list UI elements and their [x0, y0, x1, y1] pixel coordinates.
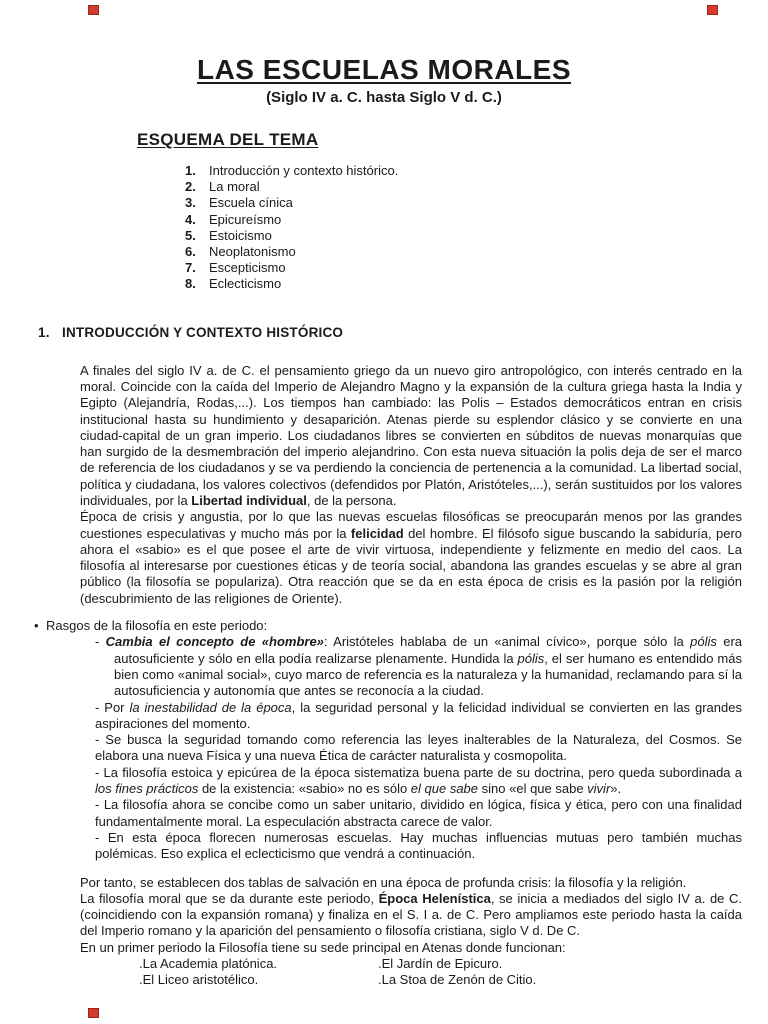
red-corner-mark — [707, 5, 718, 15]
schools-table: .La Academia platónica. .El Jardín de Ep… — [139, 956, 742, 989]
school-entry: .El Liceo aristotélico. — [139, 972, 378, 988]
portanto-paragraph: Por tanto, se establecen dos tablas de s… — [80, 875, 742, 891]
esquema-item: 5. Estoicismo — [185, 228, 768, 244]
esquema-item: 6. Neoplatonismo — [185, 244, 768, 260]
esquema-list: 1. Introducción y contexto histórico. 2.… — [185, 163, 768, 293]
esquema-item-label: Eclecticismo — [209, 276, 281, 292]
rasgos-item: - La filosofía ahora se concibe como un … — [95, 797, 742, 830]
intro-paragraph-1: A finales del siglo IV a. de C. el pensa… — [80, 363, 742, 510]
esquema-item: 8. Eclecticismo — [185, 276, 768, 292]
bullet-icon: • — [34, 618, 46, 634]
atenas-paragraph: En un primer periodo la Filosofía tiene … — [80, 940, 742, 956]
esquema-heading: ESQUEMA DEL TEMA — [137, 130, 768, 150]
school-entry: .La Stoa de Zenón de Citio. — [378, 972, 536, 988]
esquema-item-number: 3. — [185, 195, 209, 211]
esquema-item: 7. Escepticismo — [185, 260, 768, 276]
rasgos-item: - Por la inestabilidad de la época, la s… — [95, 700, 742, 733]
esquema-item-number: 5. — [185, 228, 209, 244]
section-number: 1. — [38, 325, 62, 340]
esquema-item-label: Neoplatonismo — [209, 244, 296, 260]
rasgos-item: - La filosofía estoica y epicúrea de la … — [95, 765, 742, 798]
section-heading: 1. INTRODUCCIÓN Y CONTEXTO HISTÓRICO — [38, 325, 742, 340]
rasgos-item: - Cambia el concepto de «hombre»: Aristó… — [95, 634, 742, 699]
esquema-item-number: 1. — [185, 163, 209, 179]
esquema-item-number: 4. — [185, 212, 209, 228]
esquema-item-label: Epicureísmo — [209, 212, 281, 228]
esquema-item: 1. Introducción y contexto histórico. — [185, 163, 768, 179]
doc-title: LAS ESCUELAS MORALES — [0, 54, 768, 86]
closing-block: Por tanto, se establecen dos tablas de s… — [0, 875, 768, 956]
esquema-item-number: 7. — [185, 260, 209, 276]
intro-paragraph-2: Época de crisis y angustia, por lo que l… — [80, 509, 742, 607]
section-heading-label: INTRODUCCIÓN Y CONTEXTO HISTÓRICO — [62, 325, 343, 340]
document-page: LAS ESCUELAS MORALES (Siglo IV a. C. has… — [0, 0, 768, 1024]
esquema-item-label: La moral — [209, 179, 260, 195]
esquema-item-number: 2. — [185, 179, 209, 195]
doc-subtitle: (Siglo IV a. C. hasta Siglo V d. C.) — [0, 89, 768, 106]
rasgos-item: - En esta época florecen numerosas escue… — [95, 830, 742, 863]
esquema-item-number: 6. — [185, 244, 209, 260]
rasgos-header-label: Rasgos de la filosofía en este periodo: — [46, 618, 267, 634]
esquema-item-label: Escuela cínica — [209, 195, 293, 211]
schools-row: .La Academia platónica. .El Jardín de Ep… — [139, 956, 742, 972]
schools-row: .El Liceo aristotélico. .La Stoa de Zenó… — [139, 972, 742, 988]
esquema-item-label: Introducción y contexto histórico. — [209, 163, 398, 179]
esquema-item: 3. Escuela cínica — [185, 195, 768, 211]
esquema-item-label: Estoicismo — [209, 228, 272, 244]
red-corner-mark — [88, 5, 99, 15]
esquema-item: 4. Epicureísmo — [185, 212, 768, 228]
esquema-item-number: 8. — [185, 276, 209, 292]
helenistica-paragraph: La filosofía moral que se da durante est… — [80, 891, 742, 940]
esquema-item: 2. La moral — [185, 179, 768, 195]
esquema-item-label: Escepticismo — [209, 260, 286, 276]
school-entry: .El Jardín de Epicuro. — [378, 956, 502, 972]
rasgos-item: - Se busca la seguridad tomando como ref… — [95, 732, 742, 765]
rasgos-header: • Rasgos de la filosofía en este periodo… — [34, 618, 742, 634]
school-entry: .La Academia platónica. — [139, 956, 378, 972]
red-corner-mark — [88, 1008, 99, 1018]
